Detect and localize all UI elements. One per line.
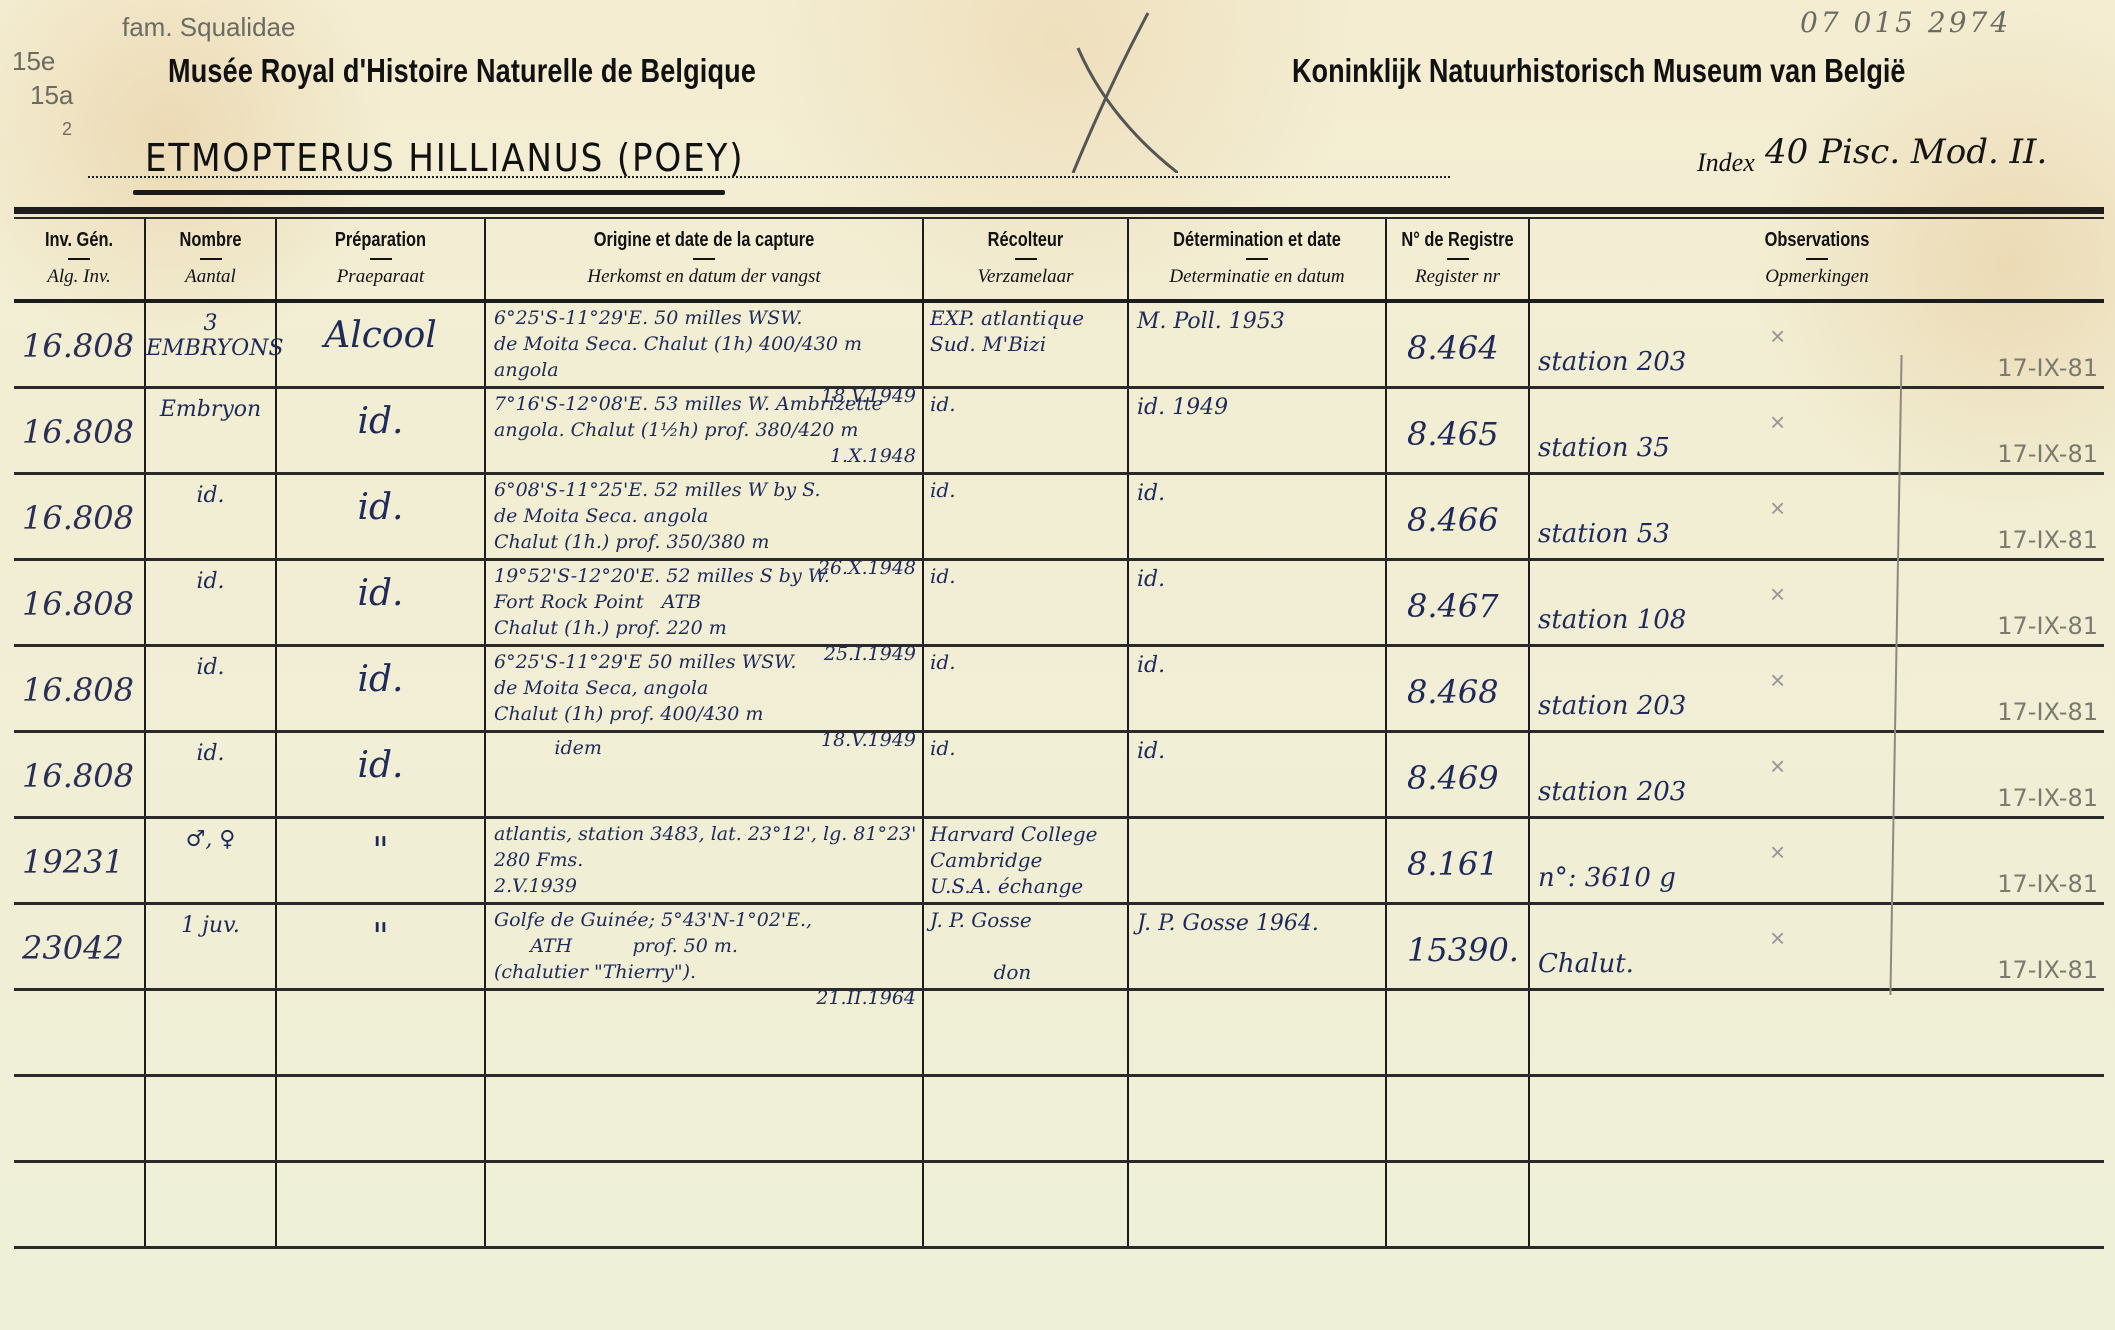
cell-preparation: ": [276, 904, 485, 990]
cell-observations: station 203×17-IX-81: [1529, 301, 2104, 388]
cell-recolteur: EXP. atlantique Sud. M'Bizi: [923, 301, 1128, 388]
cell-recolteur: id.: [923, 732, 1128, 818]
catalog-card: fam. Squalidae 15e 15a 2 07 015 2974 Mus…: [0, 0, 2115, 1330]
cell-inv: 16.808: [14, 732, 145, 818]
check-x-icon: ×: [1770, 751, 1785, 782]
cell-observations: station 35×17-IX-81: [1529, 388, 2104, 474]
col-header-determination: Détermination et dateDeterminatie en dat…: [1128, 219, 1386, 301]
cell-determination: id. 1949: [1128, 388, 1386, 474]
cell-registre: 8.466: [1386, 474, 1529, 560]
cross-mark-icon: [1068, 8, 1178, 173]
cell-inv: [14, 1162, 145, 1248]
cell-recolteur: [923, 990, 1128, 1076]
cell-nombre: [145, 1076, 276, 1162]
cell-observations: [1529, 1162, 2104, 1248]
check-x-icon: ×: [1770, 837, 1785, 868]
cell-preparation: id.: [276, 646, 485, 732]
origin-text: idem: [494, 737, 602, 759]
cell-registre: 8.465: [1386, 388, 1529, 474]
check-x-icon: ×: [1770, 407, 1785, 438]
cell-determination: [1128, 818, 1386, 904]
check-date: 17-IX-81: [1997, 784, 2098, 812]
cell-registre: 8.469: [1386, 732, 1529, 818]
index-value: 40 Pisc. Mod. II.: [1765, 132, 2047, 172]
cell-preparation: [276, 1162, 485, 1248]
table-row: 16.808id.id. idemid.id.8.469station 203×…: [14, 732, 2104, 818]
check-x-icon: ×: [1770, 579, 1785, 610]
cell-nombre: Embryon: [145, 388, 276, 474]
cell-inv: 23042: [14, 904, 145, 990]
cell-observations: [1529, 1076, 2104, 1162]
cell-preparation: id.: [276, 560, 485, 646]
cell-observations: station 203×17-IX-81: [1529, 732, 2104, 818]
origin-text: 19°52'S-12°20'E. 52 milles S by W. Fort …: [494, 565, 830, 639]
cell-preparation: id.: [276, 388, 485, 474]
cell-nombre: id.: [145, 646, 276, 732]
origin-text: 6°08'S-11°25'E. 52 milles W by S. de Moi…: [494, 479, 821, 553]
cell-nombre: id.: [145, 560, 276, 646]
cell-preparation: id.: [276, 732, 485, 818]
cell-registre: 8.467: [1386, 560, 1529, 646]
cell-registre: [1386, 1162, 1529, 1248]
table-row: [14, 1162, 2104, 1248]
col-header-inv: Inv. Gén.Alg. Inv.: [14, 219, 145, 301]
col-header-recolteur: RécolteurVerzamelaar: [923, 219, 1128, 301]
check-date: 17-IX-81: [1997, 440, 2098, 468]
cell-observations: n°: 3610 g×17-IX-81: [1529, 818, 2104, 904]
check-x-icon: ×: [1770, 493, 1785, 524]
cell-nombre: [145, 990, 276, 1076]
table-row: 230421 juv."Golfe de Guinée; 5°43'N-1°02…: [14, 904, 2104, 990]
cell-preparation: ": [276, 818, 485, 904]
cell-preparation: [276, 990, 485, 1076]
cell-nombre: id.: [145, 474, 276, 560]
col-header-origin: Origine et date de la captureHerkomst en…: [485, 219, 923, 301]
cell-preparation: [276, 1076, 485, 1162]
cell-determination: M. Poll. 1953: [1128, 301, 1386, 388]
cell-preparation: id.: [276, 474, 485, 560]
table-row: 16.808id.id.6°25'S-11°29'E 50 milles WSW…: [14, 646, 2104, 732]
cell-recolteur: J. P. Gosse don: [923, 904, 1128, 990]
cell-determination: id.: [1128, 646, 1386, 732]
table-row: [14, 1076, 2104, 1162]
cell-origin: [485, 990, 923, 1076]
cell-origin: 6°08'S-11°25'E. 52 milles W by S. de Moi…: [485, 474, 923, 560]
museum-title-fr: Musée Royal d'Histoire Naturelle de Belg…: [168, 52, 756, 90]
cell-registre: 8.464: [1386, 301, 1529, 388]
cell-nombre: id.: [145, 732, 276, 818]
table-row: 16.808id.id.19°52'S-12°20'E. 52 milles S…: [14, 560, 2104, 646]
cell-determination: id.: [1128, 560, 1386, 646]
cell-observations: station 203×17-IX-81: [1529, 646, 2104, 732]
cell-origin: idem: [485, 732, 923, 818]
table-row: 16.808Embryonid.7°16'S-12°08'E. 53 mille…: [14, 388, 2104, 474]
specimen-table: Inv. Gén.Alg. Inv. NombreAantal Préparat…: [14, 219, 2104, 1249]
origin-date: 1.X.1948: [494, 443, 916, 469]
cell-origin: Golfe de Guinée; 5°43'N-1°02'E., ATH pro…: [485, 904, 923, 990]
species-name: ETMOPTERUS HILLIANUS (POEY): [145, 136, 744, 180]
cell-origin: 19°52'S-12°20'E. 52 milles S by W. Fort …: [485, 560, 923, 646]
origin-text: atlantis, station 3483, lat. 23°12', lg.…: [494, 823, 916, 897]
cell-observations: [1529, 990, 2104, 1076]
cell-inv: 16.808: [14, 301, 145, 388]
header-rule: [14, 207, 2104, 214]
cell-registre: 8.161: [1386, 818, 1529, 904]
check-date: 17-IX-81: [1997, 354, 2098, 382]
check-x-icon: ×: [1770, 665, 1785, 696]
species-underline: [133, 190, 725, 195]
cell-determination: [1128, 1162, 1386, 1248]
origin-text: 6°25'S-11°29'E. 50 milles WSW. de Moita …: [494, 307, 862, 381]
cell-recolteur: [923, 1162, 1128, 1248]
col-header-registre: N° de RegistreRegister nr: [1386, 219, 1529, 301]
cell-determination: J. P. Gosse 1964.: [1128, 904, 1386, 990]
cell-observations: station 53×17-IX-81: [1529, 474, 2104, 560]
cell-origin: atlantis, station 3483, lat. 23°12', lg.…: [485, 818, 923, 904]
cell-registre: [1386, 1076, 1529, 1162]
cell-registre: 8.468: [1386, 646, 1529, 732]
cell-origin: 6°25'S-11°29'E 50 milles WSW. de Moita S…: [485, 646, 923, 732]
cell-recolteur: id.: [923, 560, 1128, 646]
cell-inv: 16.808: [14, 560, 145, 646]
table-row: 19231♂, ♀"atlantis, station 3483, lat. 2…: [14, 818, 2104, 904]
cell-nombre: 3 EMBRYONS: [145, 301, 276, 388]
cell-recolteur: id.: [923, 388, 1128, 474]
cell-inv: 16.808: [14, 646, 145, 732]
cell-origin: [485, 1076, 923, 1162]
cell-registre: [1386, 990, 1529, 1076]
cell-recolteur: id.: [923, 646, 1128, 732]
cell-nombre: 1 juv.: [145, 904, 276, 990]
cell-inv: [14, 1076, 145, 1162]
cell-preparation: Alcool: [276, 301, 485, 388]
cell-determination: id.: [1128, 474, 1386, 560]
check-date: 17-IX-81: [1997, 870, 2098, 898]
cell-origin: 7°16'S-12°08'E. 53 milles W. Ambrizette …: [485, 388, 923, 474]
check-date: 17-IX-81: [1997, 698, 2098, 726]
cell-inv: 19231: [14, 818, 145, 904]
col-header-nombre: NombreAantal: [145, 219, 276, 301]
cell-nombre: ♂, ♀: [145, 818, 276, 904]
cell-registre: 15390.: [1386, 904, 1529, 990]
cell-recolteur: [923, 1076, 1128, 1162]
check-date: 17-IX-81: [1997, 526, 2098, 554]
cell-recolteur: id.: [923, 474, 1128, 560]
col-header-preparation: PréparationPraeparaat: [276, 219, 485, 301]
check-x-icon: ×: [1770, 321, 1785, 352]
cell-observations: station 108×17-IX-81: [1529, 560, 2104, 646]
check-date: 17-IX-81: [1997, 956, 2098, 984]
col-header-observations: ObservationsOpmerkingen: [1529, 219, 2104, 301]
catalog-number: 07 015 2974: [1800, 6, 2011, 39]
cell-determination: [1128, 1076, 1386, 1162]
cell-observations: Chalut.×17-IX-81: [1529, 904, 2104, 990]
table-header-row: Inv. Gén.Alg. Inv. NombreAantal Préparat…: [14, 219, 2104, 301]
cell-determination: [1128, 990, 1386, 1076]
cell-inv: 16.808: [14, 474, 145, 560]
cell-origin: 6°25'S-11°29'E. 50 milles WSW. de Moita …: [485, 301, 923, 388]
cell-determination: id.: [1128, 732, 1386, 818]
cell-recolteur: Harvard College Cambridge U.S.A. échange: [923, 818, 1128, 904]
table-row: 16.808id.id.6°08'S-11°25'E. 52 milles W …: [14, 474, 2104, 560]
check-date: 17-IX-81: [1997, 612, 2098, 640]
cell-origin: [485, 1162, 923, 1248]
origin-text: Golfe de Guinée; 5°43'N-1°02'E., ATH pro…: [494, 909, 812, 983]
origin-text: 7°16'S-12°08'E. 53 milles W. Ambrizette …: [494, 393, 883, 441]
cell-inv: 16.808: [14, 388, 145, 474]
family-note: fam. Squalidae: [122, 10, 295, 44]
museum-title-nl: Koninklijk Natuurhistorisch Museum van B…: [1292, 52, 1905, 90]
table-row: 16.8083 EMBRYONSAlcool6°25'S-11°29'E. 50…: [14, 301, 2104, 388]
index-label: Index: [1697, 148, 1755, 178]
cell-inv: [14, 990, 145, 1076]
table-row: [14, 990, 2104, 1076]
cell-nombre: [145, 1162, 276, 1248]
origin-text: 6°25'S-11°29'E 50 milles WSW. de Moita S…: [494, 651, 796, 725]
check-x-icon: ×: [1770, 923, 1785, 954]
